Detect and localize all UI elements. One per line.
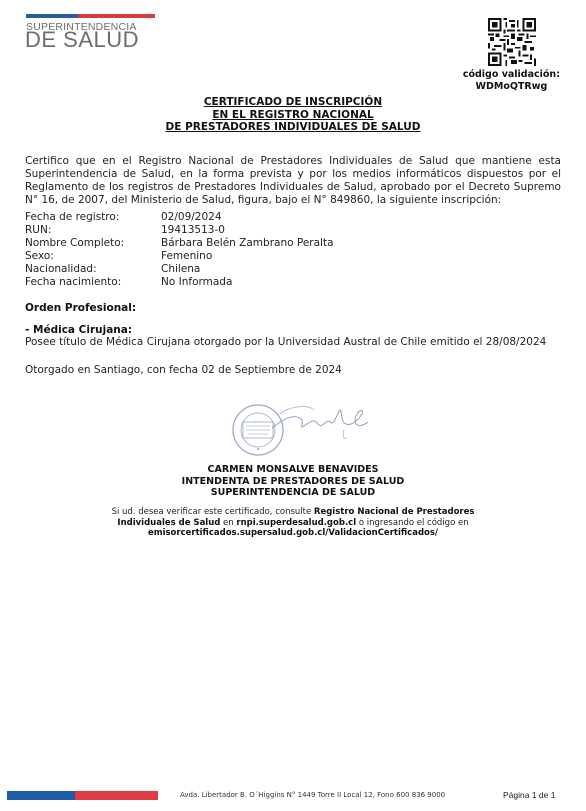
field-label: RUN: — [25, 224, 161, 237]
field-row: Nacionalidad:Chilena — [25, 263, 334, 276]
document-title: CERTIFICADO DE INSCRIPCIÓN EN EL REGISTR… — [0, 96, 586, 134]
field-row: Fecha de registro:02/09/2024 — [25, 211, 334, 224]
field-value: Chilena — [161, 263, 200, 276]
validation-link[interactable]: emisorcertificados.supersalud.gob.cl/Val… — [148, 528, 438, 538]
field-label: Nacionalidad: — [25, 263, 161, 276]
signer-block: CARMEN MONSALVE BENAVIDES INTENDENTA DE … — [0, 464, 586, 499]
logo-flag-bar — [26, 14, 155, 18]
granted-statement: Otorgado en Santiago, con fecha 02 de Se… — [25, 364, 342, 376]
field-value: No Informada — [161, 276, 232, 289]
field-label: Fecha nacimiento: — [25, 276, 161, 289]
validation-label: código validación: — [463, 69, 560, 81]
field-row: Nombre Completo:Bárbara Belén Zambrano P… — [25, 237, 334, 250]
field-value: 02/09/2024 — [161, 211, 222, 224]
field-value: Bárbara Belén Zambrano Peralta — [161, 237, 334, 250]
page-number: Página 1 de 1 — [503, 790, 555, 800]
field-row: Sexo:Femenino — [25, 250, 334, 263]
logo-line2: DE SALUD — [25, 29, 139, 51]
title-line3: DE PRESTADORES INDIVIDUALES DE SALUD — [0, 121, 586, 134]
handwritten-signature-icon — [270, 400, 370, 450]
field-label: Fecha de registro: — [25, 211, 161, 224]
title-line1: CERTIFICADO DE INSCRIPCIÓN — [0, 96, 586, 109]
profession-detail: Posee título de Médica Cirujana otorgado… — [25, 336, 546, 348]
signer-role: INTENDENTA DE PRESTADORES DE SALUD — [0, 476, 586, 488]
orden-profesional-heading: Orden Profesional: — [25, 302, 136, 314]
verify-text: o ingresando el código en — [356, 518, 468, 528]
qr-code-icon — [488, 18, 536, 66]
validation-code: WDMoQTRwg — [463, 81, 560, 93]
field-value: 19413513-0 — [161, 224, 225, 237]
title-line2: EN EL REGISTRO NACIONAL — [0, 109, 586, 122]
signer-org: SUPERINTENDENCIA DE SALUD — [0, 487, 586, 499]
field-row: RUN:19413513-0 — [25, 224, 334, 237]
field-label: Sexo: — [25, 250, 161, 263]
verification-note: Si ud. desea verificar este certificado,… — [100, 507, 486, 539]
profession-title: - Médica Cirujana: — [25, 324, 132, 336]
signer-name: CARMEN MONSALVE BENAVIDES — [0, 464, 586, 476]
footer-flag-bar — [7, 791, 158, 800]
field-row: Fecha nacimiento:No Informada — [25, 276, 334, 289]
validation-code-block: código validación: WDMoQTRwg — [463, 69, 560, 93]
rnpi-link[interactable]: rnpi.superdesalud.gob.cl — [236, 518, 356, 528]
registration-fields: Fecha de registro:02/09/2024 RUN:1941351… — [25, 211, 334, 289]
verify-text: Si ud. desea verificar este certificado,… — [112, 507, 314, 517]
verify-text: en — [220, 518, 236, 528]
field-label: Nombre Completo: — [25, 237, 161, 250]
footer-address: Avda. Libertador B. O´Higgins N° 1449 To… — [180, 791, 445, 799]
certification-paragraph: Certifico que en el Registro Nacional de… — [25, 155, 561, 207]
field-value: Femenino — [161, 250, 212, 263]
